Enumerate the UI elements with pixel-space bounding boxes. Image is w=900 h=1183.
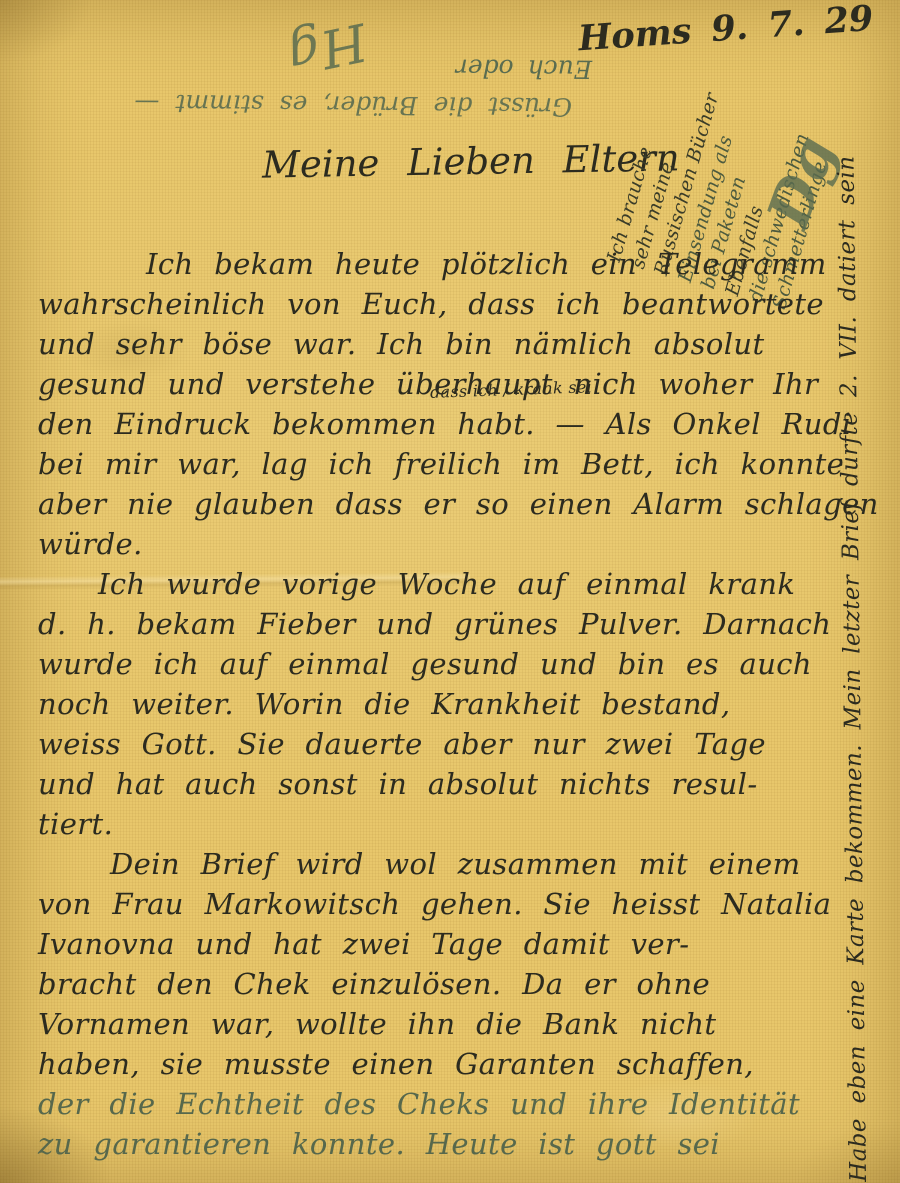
body-line: aber nie glauben dass er so einen Alarm …: [38, 484, 873, 524]
body-line: haben, sie musste einen Garanten schaffe…: [38, 1044, 873, 1084]
body-line: und hat auch sonst in absolut nichts res…: [38, 764, 873, 804]
body-line: würde.: [38, 524, 873, 564]
body-line: bracht den Chek einzulösen. Da er ohne: [38, 964, 873, 1004]
body-line: zu garantieren konnte. Heute ist gott se…: [38, 1124, 873, 1164]
letter-body: Ich bekam heute plötzlich ein Telegramm …: [38, 244, 873, 1164]
body-line: wurde ich auf einmal gesund und bin es a…: [38, 644, 873, 684]
body-line: Vornamen war, wollte ihn die Bank nicht: [38, 1004, 873, 1044]
body-line: d. h. bekam Fieber und grünes Pulver. Da…: [38, 604, 873, 644]
body-line: bei mir war, lag ich freilich im Bett, i…: [38, 444, 873, 484]
body-line: Dein Brief wird wol zusammen mit einem: [38, 844, 873, 884]
body-line: Ivanovna und hat zwei Tage damit ver-: [38, 924, 873, 964]
salutation: Meine Lieben Eltern: [262, 136, 680, 186]
body-line: von Frau Markowitsch gehen. Sie heisst N…: [38, 884, 873, 924]
inverted-note-line: Euch oder: [422, 53, 592, 83]
body-line: der die Echtheit des Cheks und ihre Iden…: [38, 1084, 873, 1124]
body-line: und sehr böse war. Ich bin nämlich absol…: [38, 324, 873, 364]
body-line: noch weiter. Worin die Krankheit bestand…: [38, 684, 873, 724]
body-line: tiert.: [38, 804, 873, 844]
body-line: Ich bekam heute plötzlich ein Telegramm: [38, 244, 873, 284]
body-line: den Eindruck bekommen habt. — Als Onkel …: [38, 404, 873, 444]
body-line: Ich wurde vorige Woche auf einmal krank: [38, 564, 873, 604]
date-line: Homs 9. 7. 29: [577, 0, 879, 59]
body-line: wahrscheinlich von Euch, dass ich beantw…: [38, 284, 873, 324]
inverted-ink-flourish: Hg: [283, 10, 372, 85]
letter-page: Homs 9. 7. 29 Hg Euch oder Grüsst die Br…: [0, 0, 900, 1183]
inverted-note-line: Grüsst die Brüder, es stimmt —: [12, 88, 572, 122]
body-line: weiss Gott. Sie dauerte aber nur zwei Ta…: [38, 724, 873, 764]
